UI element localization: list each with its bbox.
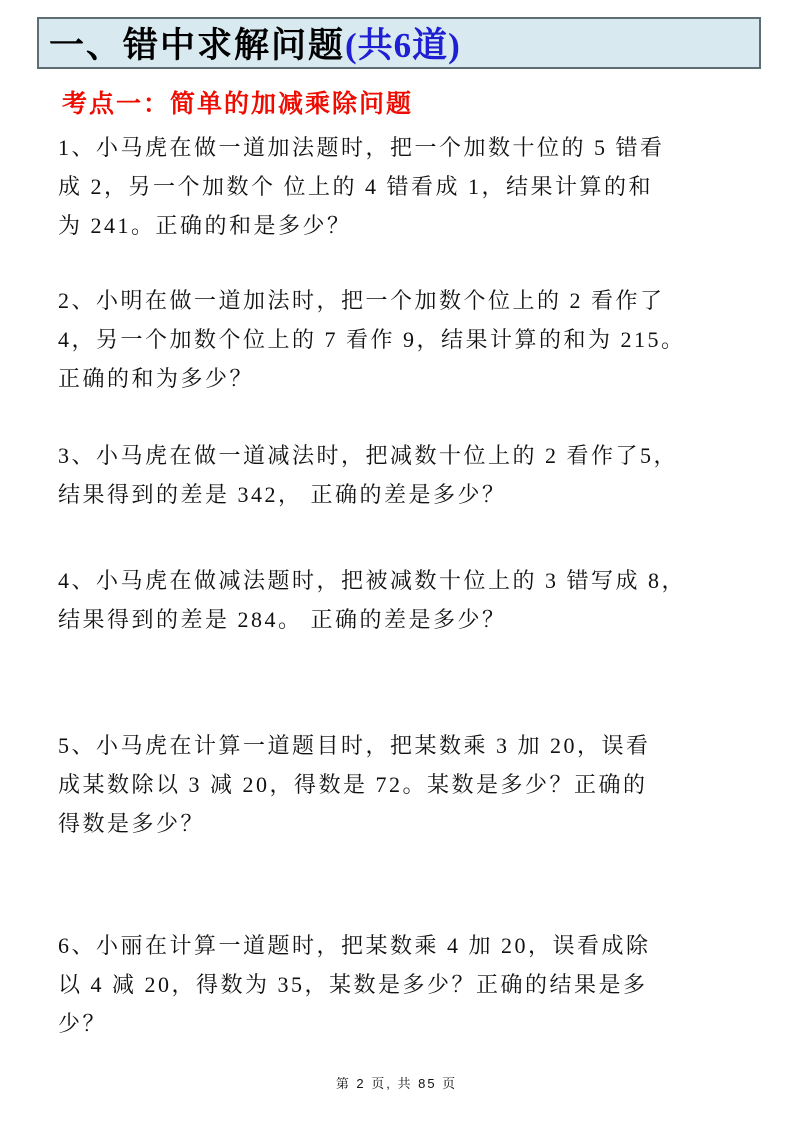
problem-2-line-1: 2、小明在做一道加法时，把一个加数个位上的 2 看作了 bbox=[58, 281, 758, 320]
problem-1: 1、小马虎在做一道加法题时，把一个加数十位的 5 错看 成 2，另一个加数个 位… bbox=[58, 128, 758, 245]
problem-1-line-3: 为 241。正确的和是多少？ bbox=[58, 206, 758, 245]
problem-6-line-3: 少？ bbox=[58, 1004, 758, 1043]
problem-5-line-3: 得数是多少？ bbox=[58, 804, 758, 843]
problem-4: 4、小马虎在做减法题时，把被减数十位上的 3 错写成 8， 结果得到的差是 28… bbox=[58, 561, 758, 639]
section-header-title: 一、错中求解问题 bbox=[49, 18, 345, 68]
problem-2-line-2: 4，另一个加数个位上的 7 看作 9，结果计算的和为 215。 bbox=[58, 320, 758, 359]
problem-2: 2、小明在做一道加法时，把一个加数个位上的 2 看作了 4，另一个加数个位上的 … bbox=[58, 281, 758, 398]
worksheet-page: 一、错中求解问题(共6道) 考点一：简单的加减乘除问题 1、小马虎在做一道加法题… bbox=[0, 0, 793, 1122]
problem-6: 6、小丽在计算一道题时，把某数乘 4 加 20，误看成除 以 4 减 20，得数… bbox=[58, 926, 758, 1043]
section-header-count: (共6道) bbox=[345, 18, 461, 68]
section-header-banner: 一、错中求解问题(共6道) bbox=[37, 17, 761, 69]
problem-5-line-1: 5、小马虎在计算一道题目时，把某数乘 3 加 20，误看 bbox=[58, 726, 758, 765]
problem-6-line-1: 6、小丽在计算一道题时，把某数乘 4 加 20，误看成除 bbox=[58, 926, 758, 965]
page-number-footer: 第 2 页, 共 85 页 bbox=[0, 1073, 793, 1092]
problem-4-line-2: 结果得到的差是 284。 正确的差是多少？ bbox=[58, 600, 758, 639]
problem-3-line-1: 3、小马虎在做一道减法时，把减数十位上的 2 看作了5， bbox=[58, 436, 758, 475]
problem-5: 5、小马虎在计算一道题目时，把某数乘 3 加 20，误看 成某数除以 3 减 2… bbox=[58, 726, 758, 843]
problem-3-line-2: 结果得到的差是 342， 正确的差是多少？ bbox=[58, 475, 758, 514]
problem-4-line-1: 4、小马虎在做减法题时，把被减数十位上的 3 错写成 8， bbox=[58, 561, 758, 600]
topic-heading: 考点一：简单的加减乘除问题 bbox=[62, 84, 413, 120]
problem-3: 3、小马虎在做一道减法时，把减数十位上的 2 看作了5， 结果得到的差是 342… bbox=[58, 436, 758, 514]
problem-6-line-2: 以 4 减 20，得数为 35，某数是多少？正确的结果是多 bbox=[58, 965, 758, 1004]
problem-2-line-3: 正确的和为多少？ bbox=[58, 359, 758, 398]
problem-1-line-1: 1、小马虎在做一道加法题时，把一个加数十位的 5 错看 bbox=[58, 128, 758, 167]
problem-1-line-2: 成 2，另一个加数个 位上的 4 错看成 1，结果计算的和 bbox=[58, 167, 758, 206]
problem-5-line-2: 成某数除以 3 减 20，得数是 72。某数是多少？正确的 bbox=[58, 765, 758, 804]
